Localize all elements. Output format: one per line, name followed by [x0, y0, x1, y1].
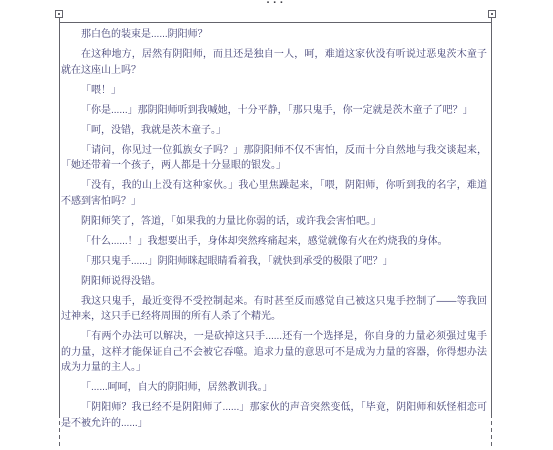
frame-corner-ornament-left [56, 11, 63, 18]
paragraph: 那白色的装束是......阴阳师？ [61, 27, 487, 43]
paragraph: 阴阳师说得没错。 [61, 274, 487, 290]
paragraph: 「呵，没错，我就是茨木童子。」 [61, 123, 487, 139]
paragraph: 我这只鬼手，最近变得不受控制起来。有时甚至反而感觉自己被这只鬼手控制了——等我回… [61, 294, 487, 325]
paragraph: 「请问，你见过一位狐族女子吗？」那阴阳师不仅不害怕，反而十分自然地与我交谈起来，… [61, 143, 487, 174]
paragraph: 「有两个办法可以解决，一是砍掉这只手......还有一个选择是，你自身的力量必须… [61, 329, 487, 376]
paragraph: 「阴阳师？我已经不是阴阳师了......」那家伙的声音突然变低，「毕竟，阴阳师和… [61, 400, 487, 431]
paragraph: 在这种地方，居然有阴阳师，而且还是独自一人，呵，难道这家伙没有听说过恶鬼茨木童子… [61, 47, 487, 78]
paragraph: 「你是......」那阴阳师听到我喊她，十分平静，「那只鬼手，你一定就是茨木童子… [61, 103, 487, 119]
frame-corner-ornament-right [489, 11, 496, 18]
paragraph: 「什么......！」我想要出手，身体却突然疼痛起来，感觉就像有火在灼烧我的身体… [61, 234, 487, 250]
paragraph: 「......呵呵，自大的阴阳师，居然教训我。」 [61, 380, 487, 396]
paragraph: 「喂！」 [61, 83, 487, 99]
more-indicator: ··· [0, 0, 553, 9]
paragraph: 阴阳师笑了，答道，「如果我的力量比你弱的话，或许我会害怕吧。」 [61, 214, 487, 230]
paragraph: 「那只鬼手......」阴阳师眯起眼睛看着我，「就快到承受的极限了吧？」 [61, 254, 487, 270]
novel-text: 那白色的装束是......阴阳师？在这种地方，居然有阴阳师，而且还是独自一人，呵… [61, 27, 487, 436]
paragraph: 「没有，我的山上没有这种家伙。」我心里焦躁起来，「喂，阴阳师，你听到我的名字，难… [61, 178, 487, 209]
